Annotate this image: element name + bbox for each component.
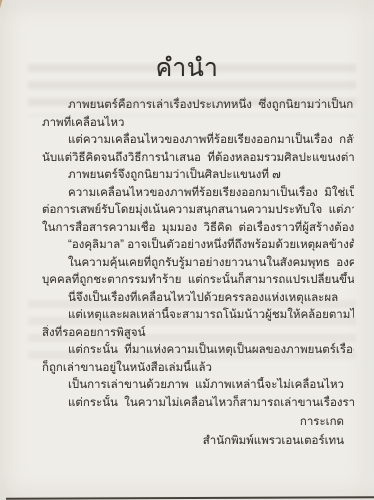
preface-text-block: ภาพยนตร์คือการเล่าเรื่องประเภทหนึ่ง ซึ่ง…: [42, 97, 354, 412]
body-line: ความเคลื่อนไหวของภาพที่ร้อยเรียงออกมาเป็…: [42, 185, 354, 203]
signature-author: การะเกด: [203, 413, 344, 432]
body-line: บุคคลที่ถูกชะตากรรมทำร้าย แต่กระนั้นก็สา…: [42, 272, 354, 290]
page-bottom-edge: [6, 496, 374, 500]
body-line: ก็ถูกเล่าขานอยู่ในหนังสือเล่มนี้แล้ว: [42, 360, 354, 378]
body-line: ในการสื่อสารความเชื่อ มุมมอง วิธีคิด ต่อ…: [42, 220, 354, 238]
body-line: เป็นการเล่าขานด้วยภาพ แม้ภาพเหล่านี้จะไม…: [42, 377, 354, 395]
body-line: สิ่งที่รอคอยการพิสูจน์: [42, 325, 354, 343]
body-line: ภาพยนตร์คือการเล่าเรื่องประเภทหนึ่ง ซึ่ง…: [42, 97, 354, 115]
body-line: ภาพยนตร์จึงถูกนิยามว่าเป็นศิลปะแขนงที่ ๗: [42, 167, 354, 185]
scanned-book-page: คำนำ ภาพยนตร์คือการเล่าเรื่องประเภทหนึ่ง…: [0, 0, 374, 500]
body-line: นี่จึงเป็นเรื่องที่เคลื่อนไหวไปด้วยครรลอ…: [42, 290, 354, 308]
body-line: นับแต่วิธีคิดจนถึงวิธีการนำเสนอ ที่ต้องห…: [42, 150, 354, 168]
page-corner-crease: [0, 0, 4, 39]
signature-publisher: สำนักพิมพ์แพรวเอนเตอร์เทน: [203, 432, 344, 451]
signature-block: การะเกด สำนักพิมพ์แพรวเอนเตอร์เทน: [203, 413, 344, 450]
body-line: แต่กระนั้น ที่มาแห่งความเป็นเหตุเป็นผลขอ…: [42, 342, 354, 360]
body-line: แต่ความเคลื่อนไหวของภาพที่ร้อยเรียงออกมา…: [42, 132, 354, 150]
body-line: ภาพที่เคลื่อนไหว: [42, 115, 354, 133]
body-line: แต่กระนั้น ในความไม่เคลื่อนไหวก็สามารถเล…: [42, 395, 354, 413]
body-line: ต่อการเสพย์รับโดยมุ่งเน้นความสนุกสนานควา…: [42, 202, 354, 220]
body-line: “องคุลิมาล” อาจเป็นตัวอย่างหนึ่งที่ถึงพร…: [42, 237, 354, 255]
body-line: แต่เหตุและผลเหล่านี้จะสามารถโน้มน้าวผู้ช…: [42, 307, 354, 325]
body-line: ในความคุ้นเคยที่ถูกรับรู้มาอย่างยาวนานใน…: [42, 255, 354, 273]
page-title: คำนำ: [0, 48, 374, 88]
